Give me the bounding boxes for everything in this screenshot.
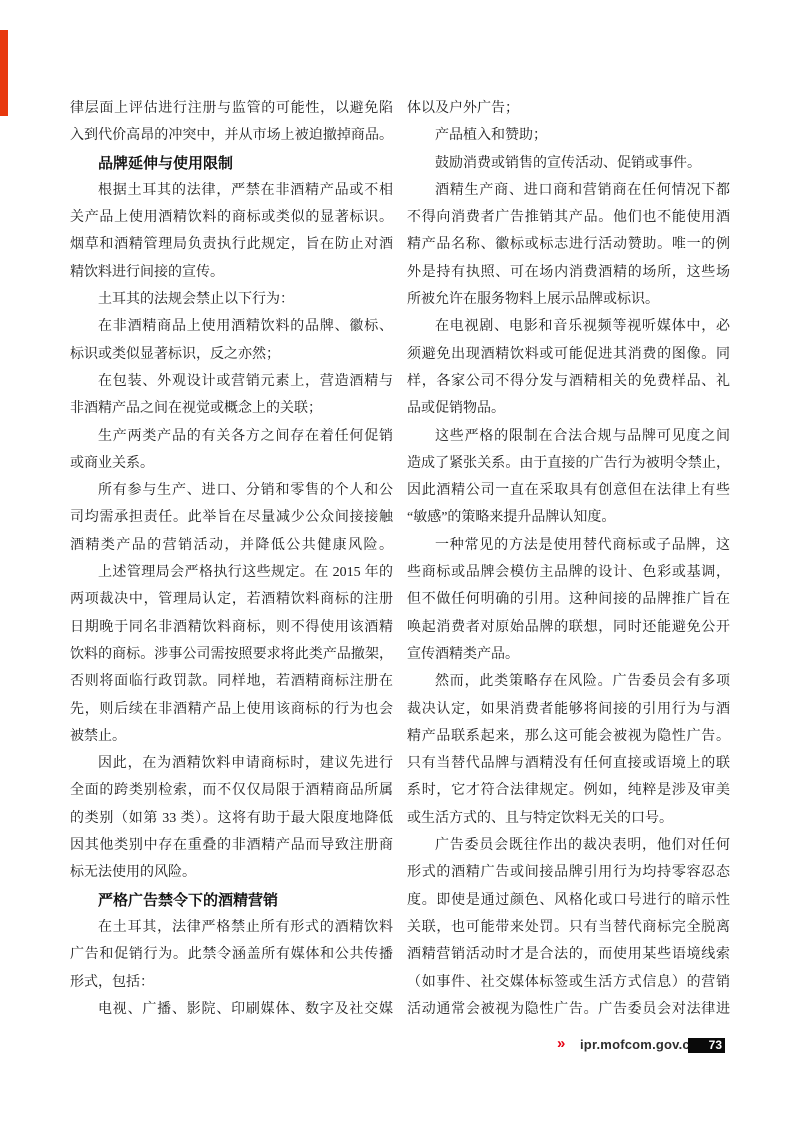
text-line: 但不做任何明确的引用。这种间接的品牌推广旨在 — [407, 586, 730, 613]
text-line: 在电视剧、电影和音乐视频等视听媒体中，必 — [407, 313, 730, 340]
double-chevron-icon: » — [557, 1035, 564, 1052]
text-line: 体以及户外广告； — [407, 95, 730, 122]
text-line: 系时，它才符合法律规定。例如，纯粹是涉及审美 — [407, 777, 730, 804]
text-line: 非酒精产品之间在视觉或概念上的关联； — [70, 395, 393, 422]
text-line: 这些严格的限制在合法合规与品牌可见度之间 — [407, 423, 730, 450]
text-line: 裁决认定，如果消费者能够将间接的引用行为与酒 — [407, 696, 730, 723]
text-line: 关联，也可能带来处罚。只有当替代商标完全脱离 — [407, 914, 730, 941]
text-line: 外是持有执照、可在场内消费酒精的场所，这些场 — [407, 259, 730, 286]
document-page: 律层面上评估进行注册与监管的可能性，以避免陷入到代价高昂的冲突中，并从市场上被迫… — [0, 0, 794, 1123]
text-line: 宣传酒精类产品。 — [407, 641, 730, 668]
text-line: 在包装、外观设计或营销元素上，营造酒精与 — [70, 368, 393, 395]
section-heading: 品牌延伸与使用限制 — [70, 150, 393, 177]
text-line: 先，则后续在非酒精产品上使用该商标的行为也会 — [70, 696, 393, 723]
text-line: 饮料的商标。涉事公司需按照要求将此类产品撤架， — [70, 641, 393, 668]
text-line: 入到代价高昂的冲突中，并从市场上被迫撤掉商品。 — [70, 122, 393, 149]
text-line: 些商标或品牌会模仿主品牌的设计、色彩或基调， — [407, 559, 730, 586]
footer-site-url: ipr.mofcom.gov.cn — [580, 1037, 698, 1052]
text-line: 标无法使用的风险。 — [70, 859, 393, 886]
text-line: 所有参与生产、进口、分销和零售的个人和公 — [70, 477, 393, 504]
text-line: 根据土耳其的法律，严禁在非酒精产品或不相 — [70, 177, 393, 204]
text-line: 须避免出现酒精饮料或可能促进其消费的图像。同 — [407, 341, 730, 368]
text-line: 关产品上使用酒精饮料的商标或类似的显著标识。 — [70, 204, 393, 231]
text-line: 只有当替代品牌与酒精没有任何直接或语境上的联 — [407, 750, 730, 777]
text-line: 酒精营销活动时才是合法的，而使用某些语境线索 — [407, 941, 730, 968]
text-column-left: 律层面上评估进行注册与监管的可能性，以避免陷入到代价高昂的冲突中，并从市场上被迫… — [70, 95, 393, 1023]
text-line: 鼓励消费或销售的宣传活动、促销或事件。 — [407, 150, 730, 177]
text-line: 被禁止。 — [70, 723, 393, 750]
text-line: 烟草和酒精管理局负责执行此规定，旨在防止对酒 — [70, 231, 393, 258]
text-line: 因此酒精公司一直在采取具有创意但在法律上有些 — [407, 477, 730, 504]
text-line: 两项裁决中，管理局认定，若酒精饮料商标的注册 — [70, 586, 393, 613]
text-line: 的类别（如第 33 类）。这将有助于最大限度地降低 — [70, 805, 393, 832]
page-number-badge: 73 — [688, 1038, 725, 1053]
text-line: 形式的酒精广告或间接品牌引用行为均持零容忍态 — [407, 859, 730, 886]
text-line: 或生活方式的、且与特定饮料无关的口号。 — [407, 805, 730, 832]
text-line: 因此，在为酒精饮料申请商标时，建议先进行 — [70, 750, 393, 777]
text-line: （如事件、社交媒体标签或生活方式信息）的营销 — [407, 969, 730, 996]
text-line: 广告委员会既往作出的裁决表明，他们对任何 — [407, 832, 730, 859]
page-edge-red-tab — [0, 30, 8, 116]
text-line: 样，各家公司不得分发与酒精相关的免费样品、礼 — [407, 368, 730, 395]
text-line: 因其他类别中存在重叠的非酒精产品而导致注册商 — [70, 832, 393, 859]
text-line: 精产品联系起来，那么这可能会被视为隐性广告。 — [407, 723, 730, 750]
text-line: 在非酒精商品上使用酒精饮料的品牌、徽标、 — [70, 313, 393, 340]
text-line: 在土耳其，法律严格禁止所有形式的酒精饮料 — [70, 914, 393, 941]
text-line: 酒精类产品的营销活动，并降低公共健康风险。 — [70, 532, 393, 559]
text-line: 唤起消费者对原始品牌的联想，同时还能避免公开 — [407, 614, 730, 641]
text-line: 广告和促销行为。此禁令涵盖所有媒体和公共传播 — [70, 941, 393, 968]
text-line: 或商业关系。 — [70, 450, 393, 477]
text-line: 生产两类产品的有关各方之间存在着任何促销 — [70, 423, 393, 450]
text-column-right: 体以及户外广告；产品植入和赞助；鼓励消费或销售的宣传活动、促销或事件。酒精生产商… — [407, 95, 730, 1023]
text-line: 否则将面临行政罚款。同样地，若酒精商标注册在 — [70, 668, 393, 695]
text-line: 产品植入和赞助； — [407, 122, 730, 149]
text-line: 上述管理局会严格执行这些规定。在 2015 年的 — [70, 559, 393, 586]
text-line: 土耳其的法规会禁止以下行为： — [70, 286, 393, 313]
text-line: 标识或类似显著标识，反之亦然； — [70, 341, 393, 368]
text-line: 司均需承担责任。此举旨在尽量减少公众间接接触 — [70, 504, 393, 531]
text-line: 度。即使是通过颜色、风格化或口号进行的暗示性 — [407, 887, 730, 914]
text-line: 酒精生产商、进口商和营销商在任何情况下都 — [407, 177, 730, 204]
text-line: 精产品名称、徽标或标志进行活动赞助。唯一的例 — [407, 231, 730, 258]
text-line: 所被允许在服务物料上展示品牌或标识。 — [407, 286, 730, 313]
text-line: 全面的跨类别检索，而不仅仅局限于酒精商品所属 — [70, 777, 393, 804]
text-line: “敏感”的策略来提升品牌认知度。 — [407, 504, 730, 531]
text-line: 品或促销物品。 — [407, 395, 730, 422]
text-line: 电视、广播、影院、印刷媒体、数字及社交媒 — [70, 996, 393, 1023]
text-line: 活动通常会被视为隐性广告。广告委员会对法律进 — [407, 996, 730, 1023]
text-line: 精饮料进行间接的宣传。 — [70, 259, 393, 286]
text-line: 不得向消费者广告推销其产品。他们也不能使用酒 — [407, 204, 730, 231]
text-line: 形式，包括： — [70, 969, 393, 996]
section-heading: 严格广告禁令下的酒精营销 — [70, 887, 393, 914]
page-footer: » ipr.mofcom.gov.cn 73 — [0, 1036, 794, 1054]
text-line: 造成了紧张关系。由于直接的广告行为被明令禁止， — [407, 450, 730, 477]
text-line: 然而，此类策略存在风险。广告委员会有多项 — [407, 668, 730, 695]
text-line: 律层面上评估进行注册与监管的可能性，以避免陷 — [70, 95, 393, 122]
text-line: 一种常见的方法是使用替代商标或子品牌，这 — [407, 532, 730, 559]
text-line: 日期晚于同名非酒精饮料商标，则不得使用该酒精 — [70, 614, 393, 641]
